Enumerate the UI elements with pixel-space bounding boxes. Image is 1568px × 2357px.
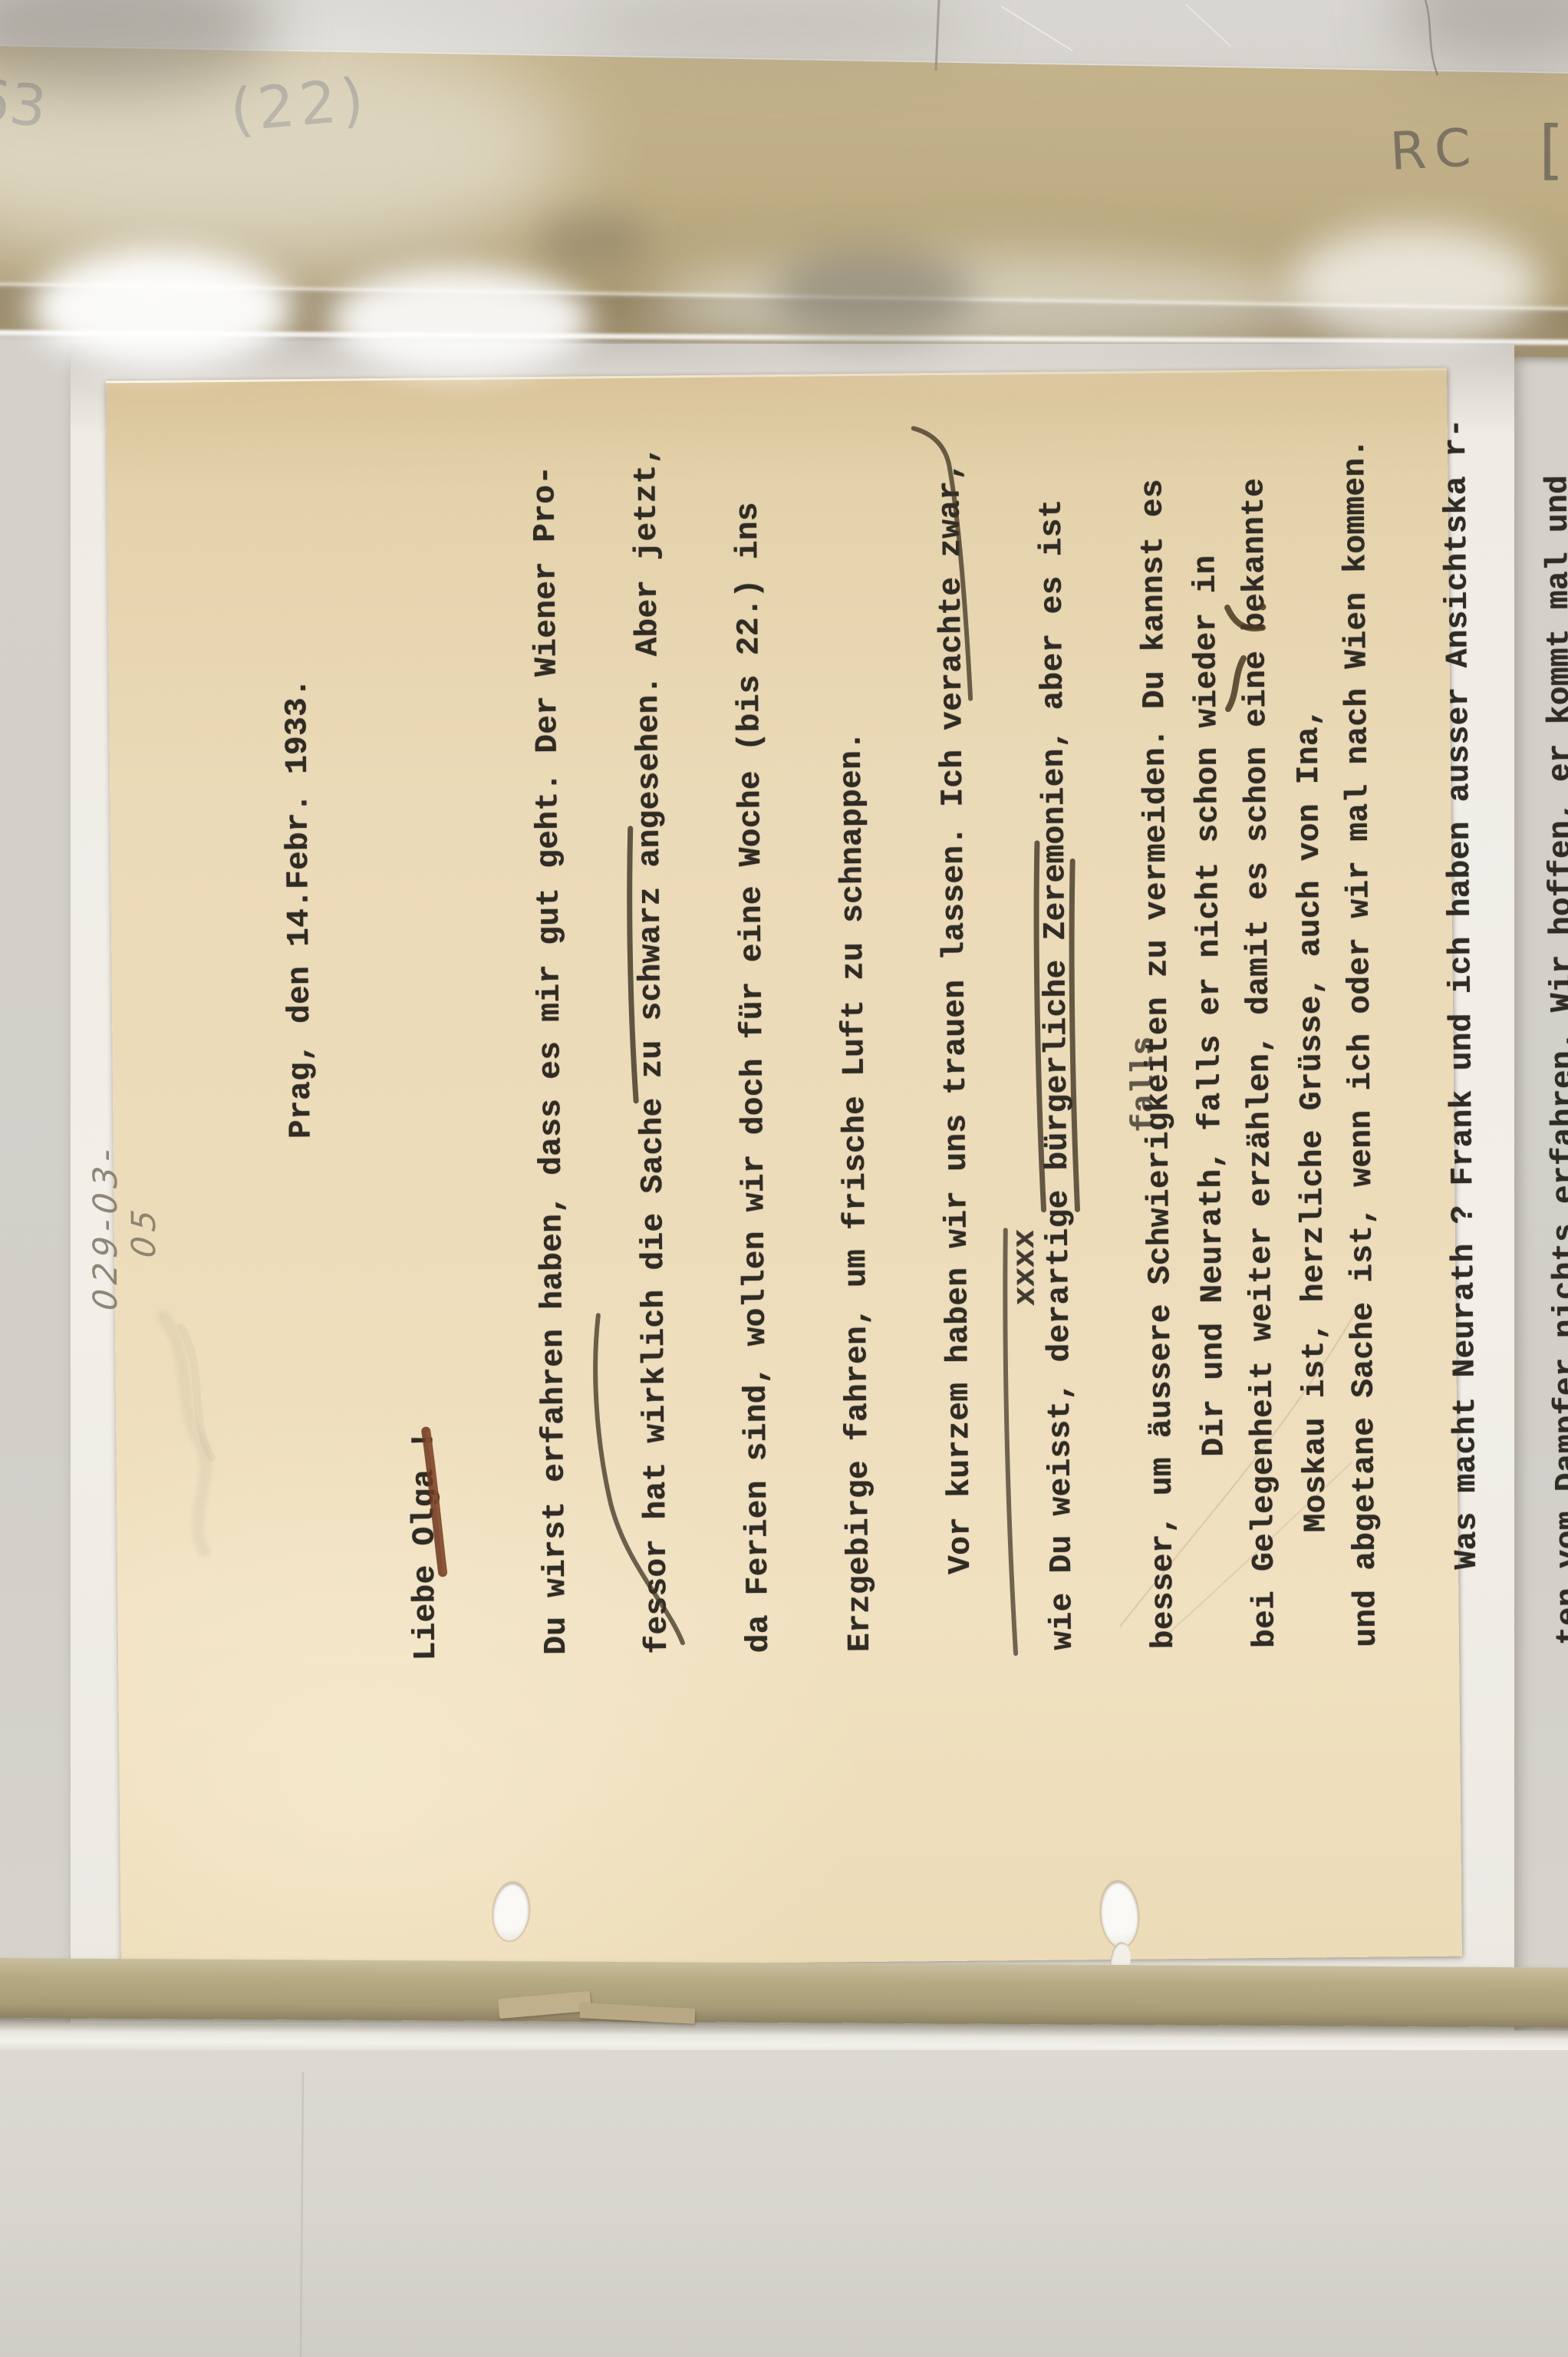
paper-crease <box>1152 1462 1352 1648</box>
scratch-highlight <box>1186 5 1230 46</box>
paper-crease <box>1120 1306 1359 1627</box>
photo-detail-layer <box>0 0 1568 2357</box>
pencil-squiggle-mark <box>1227 608 1263 628</box>
wall-crack <box>1425 0 1438 75</box>
archival-photo: { "annotations": { "corner_number": "63"… <box>0 0 1568 2357</box>
pencil-hook-mark <box>1228 658 1244 709</box>
pencil-dot-mark <box>1260 604 1267 611</box>
mat-crease <box>301 2072 303 2357</box>
hanging-thread <box>936 0 939 71</box>
scratch-highlight <box>1001 6 1072 51</box>
